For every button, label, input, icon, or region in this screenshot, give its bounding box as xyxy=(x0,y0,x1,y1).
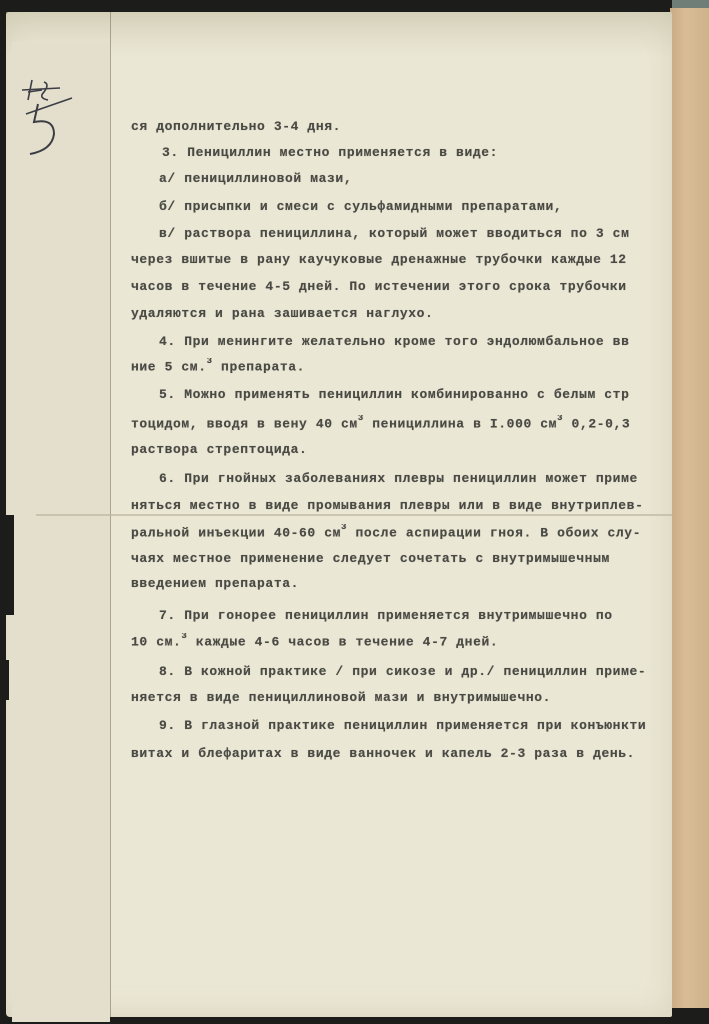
text-line: 8. В кожной практике / при сикозе и др./… xyxy=(159,664,646,679)
text-line: 5. Можно применять пенициллин комбиниров… xyxy=(159,387,629,402)
text-line: няться местно в виде промывания плевры и… xyxy=(131,498,643,513)
text-line: ся дополнительно 3-4 дня. xyxy=(131,119,341,134)
text-line: ральной инъекции 40-60 см3 после аспирац… xyxy=(131,524,641,540)
text-line: 4. При менингите желательно кроме того э… xyxy=(159,334,629,349)
text-line: часов в течение 4-5 дней. По истечении э… xyxy=(131,279,627,294)
typewritten-text: ся дополнительно 3-4 дня. 3. Пенициллин … xyxy=(0,0,709,1024)
text-line: витах и блефаритах в виде ванночек и кап… xyxy=(131,746,635,761)
text-line: а/ пенициллиновой мази, xyxy=(159,171,352,186)
text-line: в/ раствора пенициллина, который может в… xyxy=(159,226,629,241)
text-line: раствора стрептоцида. xyxy=(131,442,307,457)
text-line: няется в виде пенициллиновой мази и внут… xyxy=(131,690,551,705)
text-line: введением препарата. xyxy=(131,576,299,591)
text-line: 10 см.3 каждые 4-6 часов в течение 4-7 д… xyxy=(131,633,498,649)
text-line: тоцидом, вводя в вену 40 см3 пенициллина… xyxy=(131,415,630,431)
text-line: б/ присыпки и смеси с сульфамидными преп… xyxy=(159,199,562,214)
text-line: ние 5 см.3 препарата. xyxy=(131,358,305,374)
text-line: 6. При гнойных заболеваниях плевры пениц… xyxy=(159,471,638,486)
text-line: чаях местное применение следует сочетать… xyxy=(131,551,610,566)
text-line: 7. При гонорее пенициллин применяется вн… xyxy=(159,608,613,623)
text-line: через вшитые в рану каучуковые дренажные… xyxy=(131,252,627,267)
text-line: удаляются и рана зашивается наглухо. xyxy=(131,306,433,321)
text-line: 3. Пенициллин местно применяется в виде: xyxy=(162,145,498,160)
text-line: 9. В глазной практике пенициллин применя… xyxy=(159,718,646,733)
